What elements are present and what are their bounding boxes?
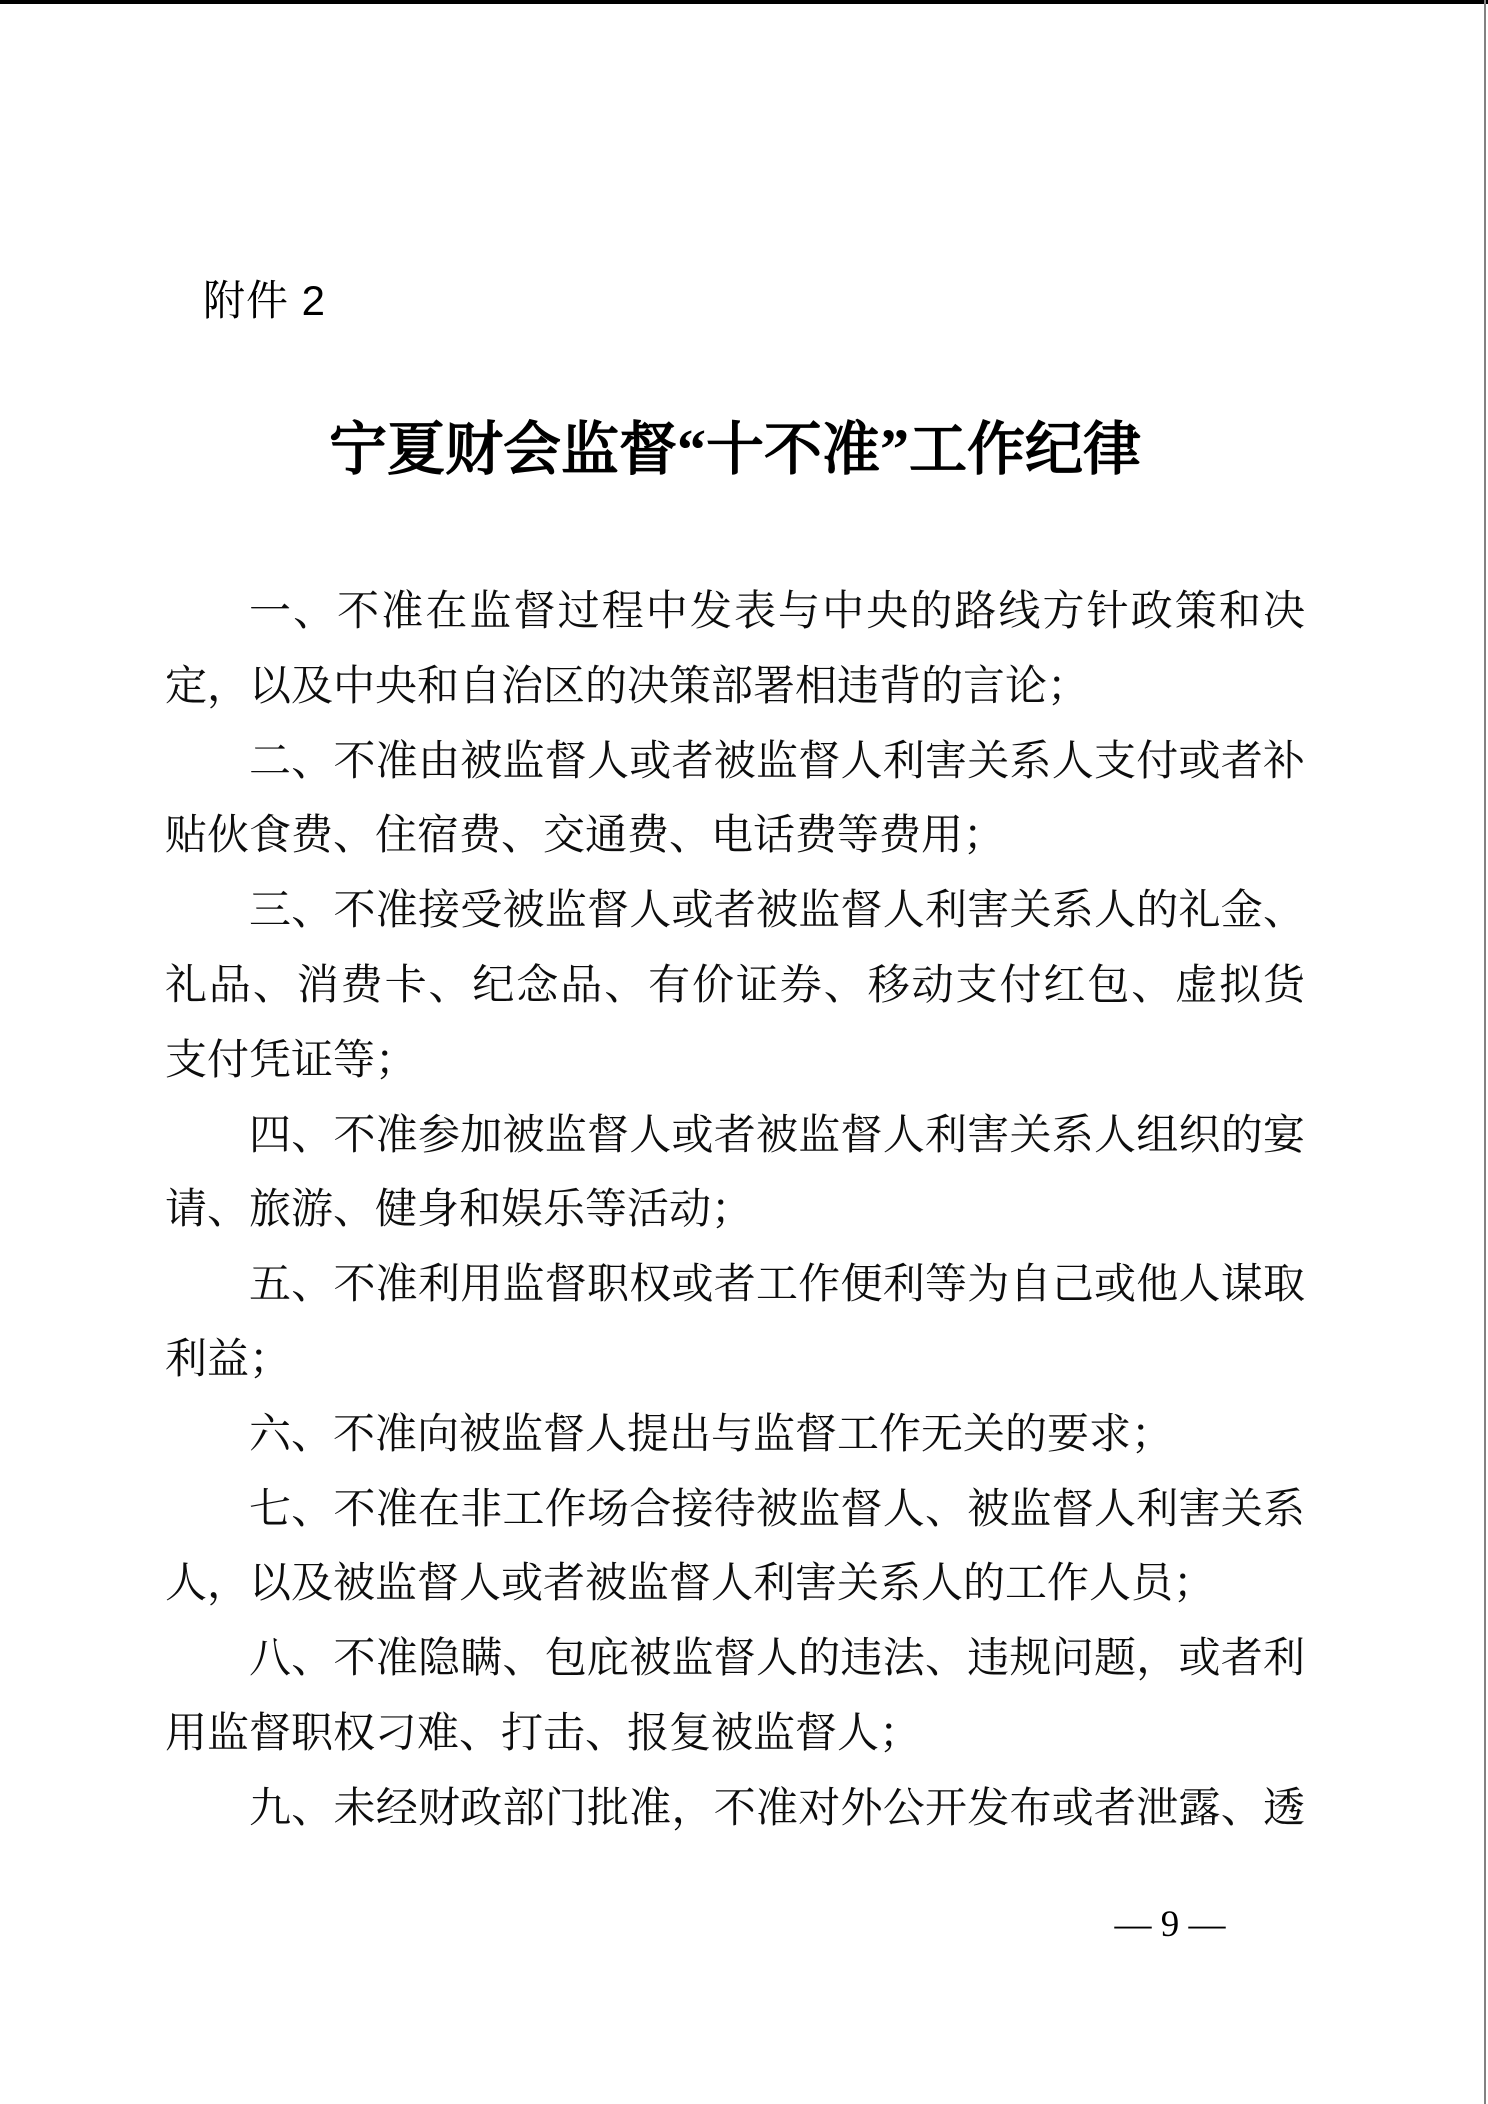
body-line-p1-l1: 一、不准在监督过程中发表与中央的路线方针政策和决 xyxy=(165,575,1305,650)
attachment-label: 附件 2 xyxy=(203,276,326,326)
body-line-p9-l1: 九、未经财政部门批准，不准对外公开发布或者泄露、透 xyxy=(165,1772,1305,1847)
document-body: 一、不准在监督过程中发表与中央的路线方针政策和决定，以及中央和自治区的决策部署相… xyxy=(165,575,1305,1847)
body-line-p4-l2: 请、旅游、健身和娱乐等活动； xyxy=(165,1173,1305,1248)
body-line-p3-l2: 礼品、消费卡、纪念品、有价证券、移动支付红包、虚拟货币、 xyxy=(165,949,1305,1024)
body-line-p7-l1: 七、不准在非工作场合接待被监督人、被监督人利害关系 xyxy=(165,1473,1305,1548)
body-line-p3-l3: 支付凭证等； xyxy=(165,1024,1305,1099)
right-edge-line xyxy=(1484,0,1486,2104)
body-line-p3-l1: 三、不准接受被监督人或者被监督人利害关系人的礼金、 xyxy=(165,874,1305,949)
page-number: — 9 — xyxy=(1095,1902,1245,1948)
body-line-p7-l2: 人，以及被监督人或者被监督人利害关系人的工作人员； xyxy=(165,1547,1305,1622)
body-line-p5-l2: 利益； xyxy=(165,1323,1305,1398)
document-title: 宁夏财会监督“十不准”工作纪律 xyxy=(165,415,1305,485)
body-line-p4-l1: 四、不准参加被监督人或者被监督人利害关系人组织的宴 xyxy=(165,1099,1305,1174)
body-line-p2-l2: 贴伙食费、住宿费、交通费、电话费等费用； xyxy=(165,799,1305,874)
body-line-p8-l2: 用监督职权刁难、打击、报复被监督人； xyxy=(165,1697,1305,1772)
body-line-p1-l2: 定，以及中央和自治区的决策部署相违背的言论； xyxy=(165,650,1305,725)
body-line-p2-l1: 二、不准由被监督人或者被监督人利害关系人支付或者补 xyxy=(165,725,1305,800)
top-edge-line xyxy=(0,0,1488,4)
document-page: 附件 2 宁夏财会监督“十不准”工作纪律 一、不准在监督过程中发表与中央的路线方… xyxy=(0,0,1488,2104)
body-line-p5-l1: 五、不准利用监督职权或者工作便利等为自己或他人谋取 xyxy=(165,1248,1305,1323)
body-line-p8-l1: 八、不准隐瞒、包庇被监督人的违法、违规问题，或者利 xyxy=(165,1622,1305,1697)
body-line-p6-l1: 六、不准向被监督人提出与监督工作无关的要求； xyxy=(165,1398,1305,1473)
